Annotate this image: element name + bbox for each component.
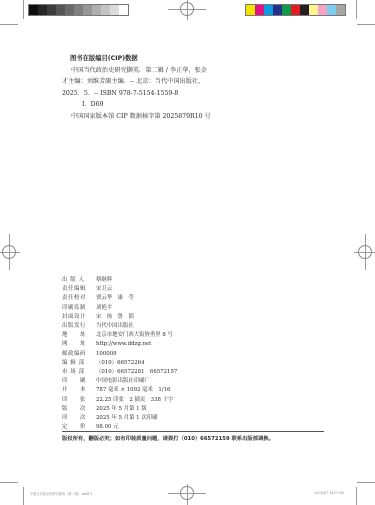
value: 宋卫云 <box>96 285 112 294</box>
gray-swatch <box>119 5 128 15</box>
color-swatch-red <box>291 5 300 15</box>
colophon-row-printer: 印 刷中国电影出版社印刷厂 <box>62 377 177 386</box>
cip-line: 中国国家版本馆 CIP 数据核字第 2025879R10 号 <box>62 111 302 123</box>
gray-swatch <box>56 5 65 15</box>
label: 出 版 人 <box>62 276 96 285</box>
label: 印 次 <box>62 414 96 423</box>
colophon-row-marketing-phone: 市 场 部（010）66572281 66572157 <box>62 368 177 377</box>
label: 编 辑 部 <box>62 359 96 368</box>
color-swatch-gray <box>336 5 345 15</box>
colophon-row-edition: 版 次2025 年 5 月第 1 版 <box>62 405 177 414</box>
gray-swatch <box>47 5 56 15</box>
label: 开 本 <box>62 386 96 395</box>
label: 市 场 部 <box>62 368 96 377</box>
cip-data-block: 图书在版编目(CIP)数据 中国当代政治史研究撷英．第二辑 / 李正华，张金 才… <box>62 53 302 123</box>
footer-timestamp: 2025/4/7 14:57:06 <box>314 491 344 495</box>
value: 22.25 印张 2 插页 338 千字 <box>96 396 173 405</box>
label: 封面设计 <box>62 313 96 322</box>
color-swatch-green <box>282 5 291 15</box>
value: （010）66572264 <box>96 359 145 368</box>
color-swatch-pink <box>318 5 327 15</box>
value: 宋 扬 鲁 韬 <box>96 313 134 322</box>
colophon: 出 版 人蔡继辉 责任编辑宋卫云 责任校对贾云华 康 莹 印刷监制刘艳平 封面设… <box>62 276 177 432</box>
value: 刘艳平 <box>96 304 112 313</box>
label: 版 次 <box>62 405 96 414</box>
colophon-row-print-supervisor: 印刷监制刘艳平 <box>62 304 177 313</box>
color-swatch-yellow <box>246 5 255 15</box>
colophon-row-editor: 责任编辑宋卫云 <box>62 285 177 294</box>
colophon-row-publisher: 出 版 人蔡继辉 <box>62 276 177 285</box>
value: 贾云华 康 莹 <box>96 294 134 303</box>
gray-swatch <box>92 5 101 15</box>
value: （010）66572281 66572157 <box>96 368 177 377</box>
label: 邮政编码 <box>62 350 96 359</box>
colophon-row-sheets: 印 张22.25 印张 2 插页 338 千字 <box>62 396 177 405</box>
value: 2025 年 5 月第 1 次印刷 <box>96 414 158 423</box>
cip-classification: Ⅰ．D69 <box>62 99 302 111</box>
colophon-row-address: 地 址北京市地安门西大街旌勇里 8 号 <box>62 331 177 340</box>
colophon-row-editorial-phone: 编 辑 部（010）66572264 <box>62 359 177 368</box>
colophon-row-website: 网 址http://www.ddzg.net <box>62 340 177 349</box>
gray-swatch <box>38 5 47 15</box>
label: 印 刷 <box>62 377 96 386</box>
value: 中国电影出版社印刷厂 <box>96 377 150 386</box>
copyright-notice: 版权所有，翻版必究；如有印装质量问题，请拨打（010）66572159 联系出版… <box>62 434 274 442</box>
gray-swatch <box>65 5 74 15</box>
gray-swatch <box>83 5 92 15</box>
gray-swatch <box>74 5 83 15</box>
color-swatch-cyan <box>264 5 273 15</box>
cip-heading: 图书在版编目(CIP)数据 <box>70 53 302 65</box>
divider <box>62 431 324 432</box>
value: 2025 年 5 月第 1 版 <box>96 405 147 414</box>
colophon-row-distributor: 出版发行当代中国出版社 <box>62 322 177 331</box>
cip-line: 才主编；刘维芳副主编．-- 北京：当代中国出版社， <box>62 76 302 88</box>
colophon-row-proofreader: 责任校对贾云华 康 莹 <box>62 294 177 303</box>
label: 印刷监制 <box>62 304 96 313</box>
label: 网 址 <box>62 340 96 349</box>
color-bar <box>245 4 346 16</box>
color-swatch-magenta <box>255 5 264 15</box>
value: 北京市地安门西大街旌勇里 8 号 <box>96 331 173 340</box>
label: 印 张 <box>62 396 96 405</box>
label: 责任校对 <box>62 294 96 303</box>
label: 地 址 <box>62 331 96 340</box>
value: 当代中国出版社 <box>96 322 134 331</box>
value: 787 毫米 × 1092 毫米 1/16 <box>96 386 170 395</box>
colophon-row-cover-design: 封面设计宋 扬 鲁 韬 <box>62 313 177 322</box>
color-swatch-black <box>300 5 309 15</box>
footer-file-name: 中国当代政治史研究撷英（第二辑）.indd 1 <box>30 491 92 496</box>
gray-swatch <box>29 5 38 15</box>
gray-swatch <box>101 5 110 15</box>
colophon-row-postcode: 邮政编码100009 <box>62 350 177 359</box>
colophon-row-format: 开 本787 毫米 × 1092 毫米 1/16 <box>62 386 177 395</box>
color-swatch-light-yellow <box>309 5 318 15</box>
color-swatch-blue <box>273 5 282 15</box>
cip-line: 2025．5．-- ISBN 978-7-5154-1559-8 <box>62 88 302 100</box>
color-swatch-light-cyan <box>327 5 336 15</box>
cip-line: 中国当代政治史研究撷英．第二辑 / 李正华，张金 <box>62 65 302 77</box>
label: 责任编辑 <box>62 285 96 294</box>
grayscale-bar <box>28 4 129 16</box>
value: 100009 <box>96 350 117 359</box>
value: 蔡继辉 <box>96 276 112 285</box>
website-link[interactable]: http://www.ddzg.net <box>96 340 151 349</box>
gray-swatch <box>110 5 119 15</box>
colophon-row-printing: 印 次2025 年 5 月第 1 次印刷 <box>62 414 177 423</box>
label: 出版发行 <box>62 322 96 331</box>
